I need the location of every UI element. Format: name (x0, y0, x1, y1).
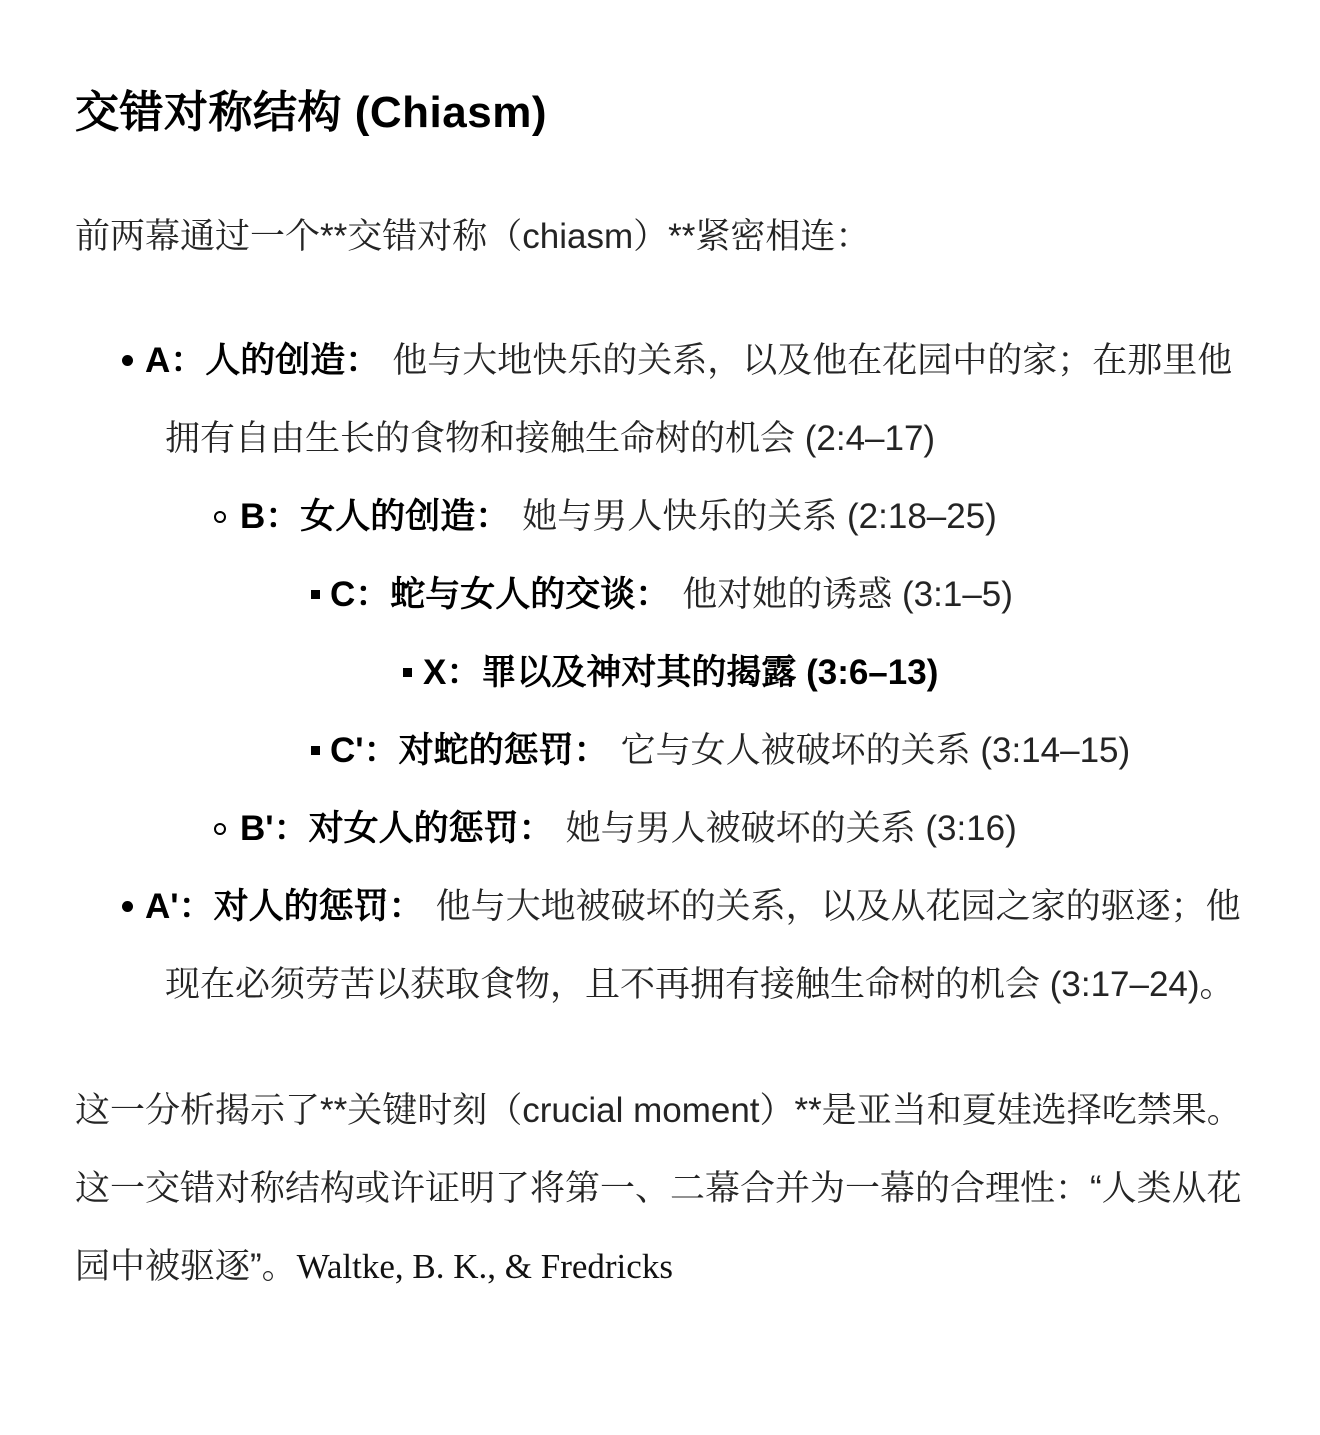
list-item-b-prime: B'：对女人的惩罚：她与男人被破坏的关系 (3:16) (75, 790, 1245, 868)
list-item-label: X：罪以及神对其的揭露 (3:6–13) (423, 653, 938, 692)
page-title: 交错对称结构 (Chiasm) (75, 86, 1245, 140)
list-item-label: B'：对女人的惩罚： (240, 809, 554, 848)
list-item-c-prime: C'：对蛇的惩罚：它与女人被破坏的关系 (3:14–15) (75, 712, 1245, 790)
list-item-label: C：蛇与女人的交谈： (330, 575, 670, 614)
list-item-text: 她与男人快乐的关系 (2:18–25) (522, 497, 997, 536)
bullet-circle-icon (214, 823, 226, 835)
closing-paragraph: 这一分析揭示了**关键时刻（crucial moment）**是亚当和夏娃选择吃… (75, 1072, 1245, 1306)
list-item-text: 他对她的诱惑 (3:1–5) (682, 575, 1013, 614)
intro-paragraph: 前两幕通过一个**交错对称（chiasm）**紧密相连： (75, 198, 1245, 276)
bullet-disc-icon (122, 901, 133, 912)
bullet-square-icon (403, 668, 412, 677)
bullet-square-icon (311, 590, 320, 599)
list-item-a-prime: A'：对人的惩罚：他与大地被破坏的关系，以及从花园之家的驱逐；他现在必须劳苦以获… (75, 868, 1245, 1024)
list-item-text: 它与女人被破坏的关系 (3:14–15) (621, 731, 1131, 770)
chiasm-list: A：人的创造：他与大地快乐的关系，以及他在花园中的家；在那里他拥有自由生长的食物… (75, 322, 1245, 1024)
list-item-a: A：人的创造：他与大地快乐的关系，以及他在花园中的家；在那里他拥有自由生长的食物… (75, 322, 1245, 478)
citation-text: Waltke, B. K., & Fredricks (297, 1247, 673, 1286)
list-item-label: A'：对人的惩罚： (145, 887, 424, 926)
list-item-b: B：女人的创造：她与男人快乐的关系 (2:18–25) (75, 478, 1245, 556)
list-item-label: B：女人的创造： (240, 497, 510, 536)
bullet-square-icon (311, 746, 320, 755)
list-item-label: C'：对蛇的惩罚： (330, 731, 609, 770)
list-item-text: 她与男人被破坏的关系 (3:16) (566, 809, 1017, 848)
document-page: 交错对称结构 (Chiasm) 前两幕通过一个**交错对称（chiasm）**紧… (0, 86, 1320, 1306)
bullet-circle-icon (214, 511, 226, 523)
bullet-disc-icon (122, 355, 133, 366)
list-item-c: C：蛇与女人的交谈：他对她的诱惑 (3:1–5) (75, 556, 1245, 634)
list-item-label: A：人的创造： (145, 341, 380, 380)
list-item-x: X：罪以及神对其的揭露 (3:6–13) (75, 634, 1245, 712)
